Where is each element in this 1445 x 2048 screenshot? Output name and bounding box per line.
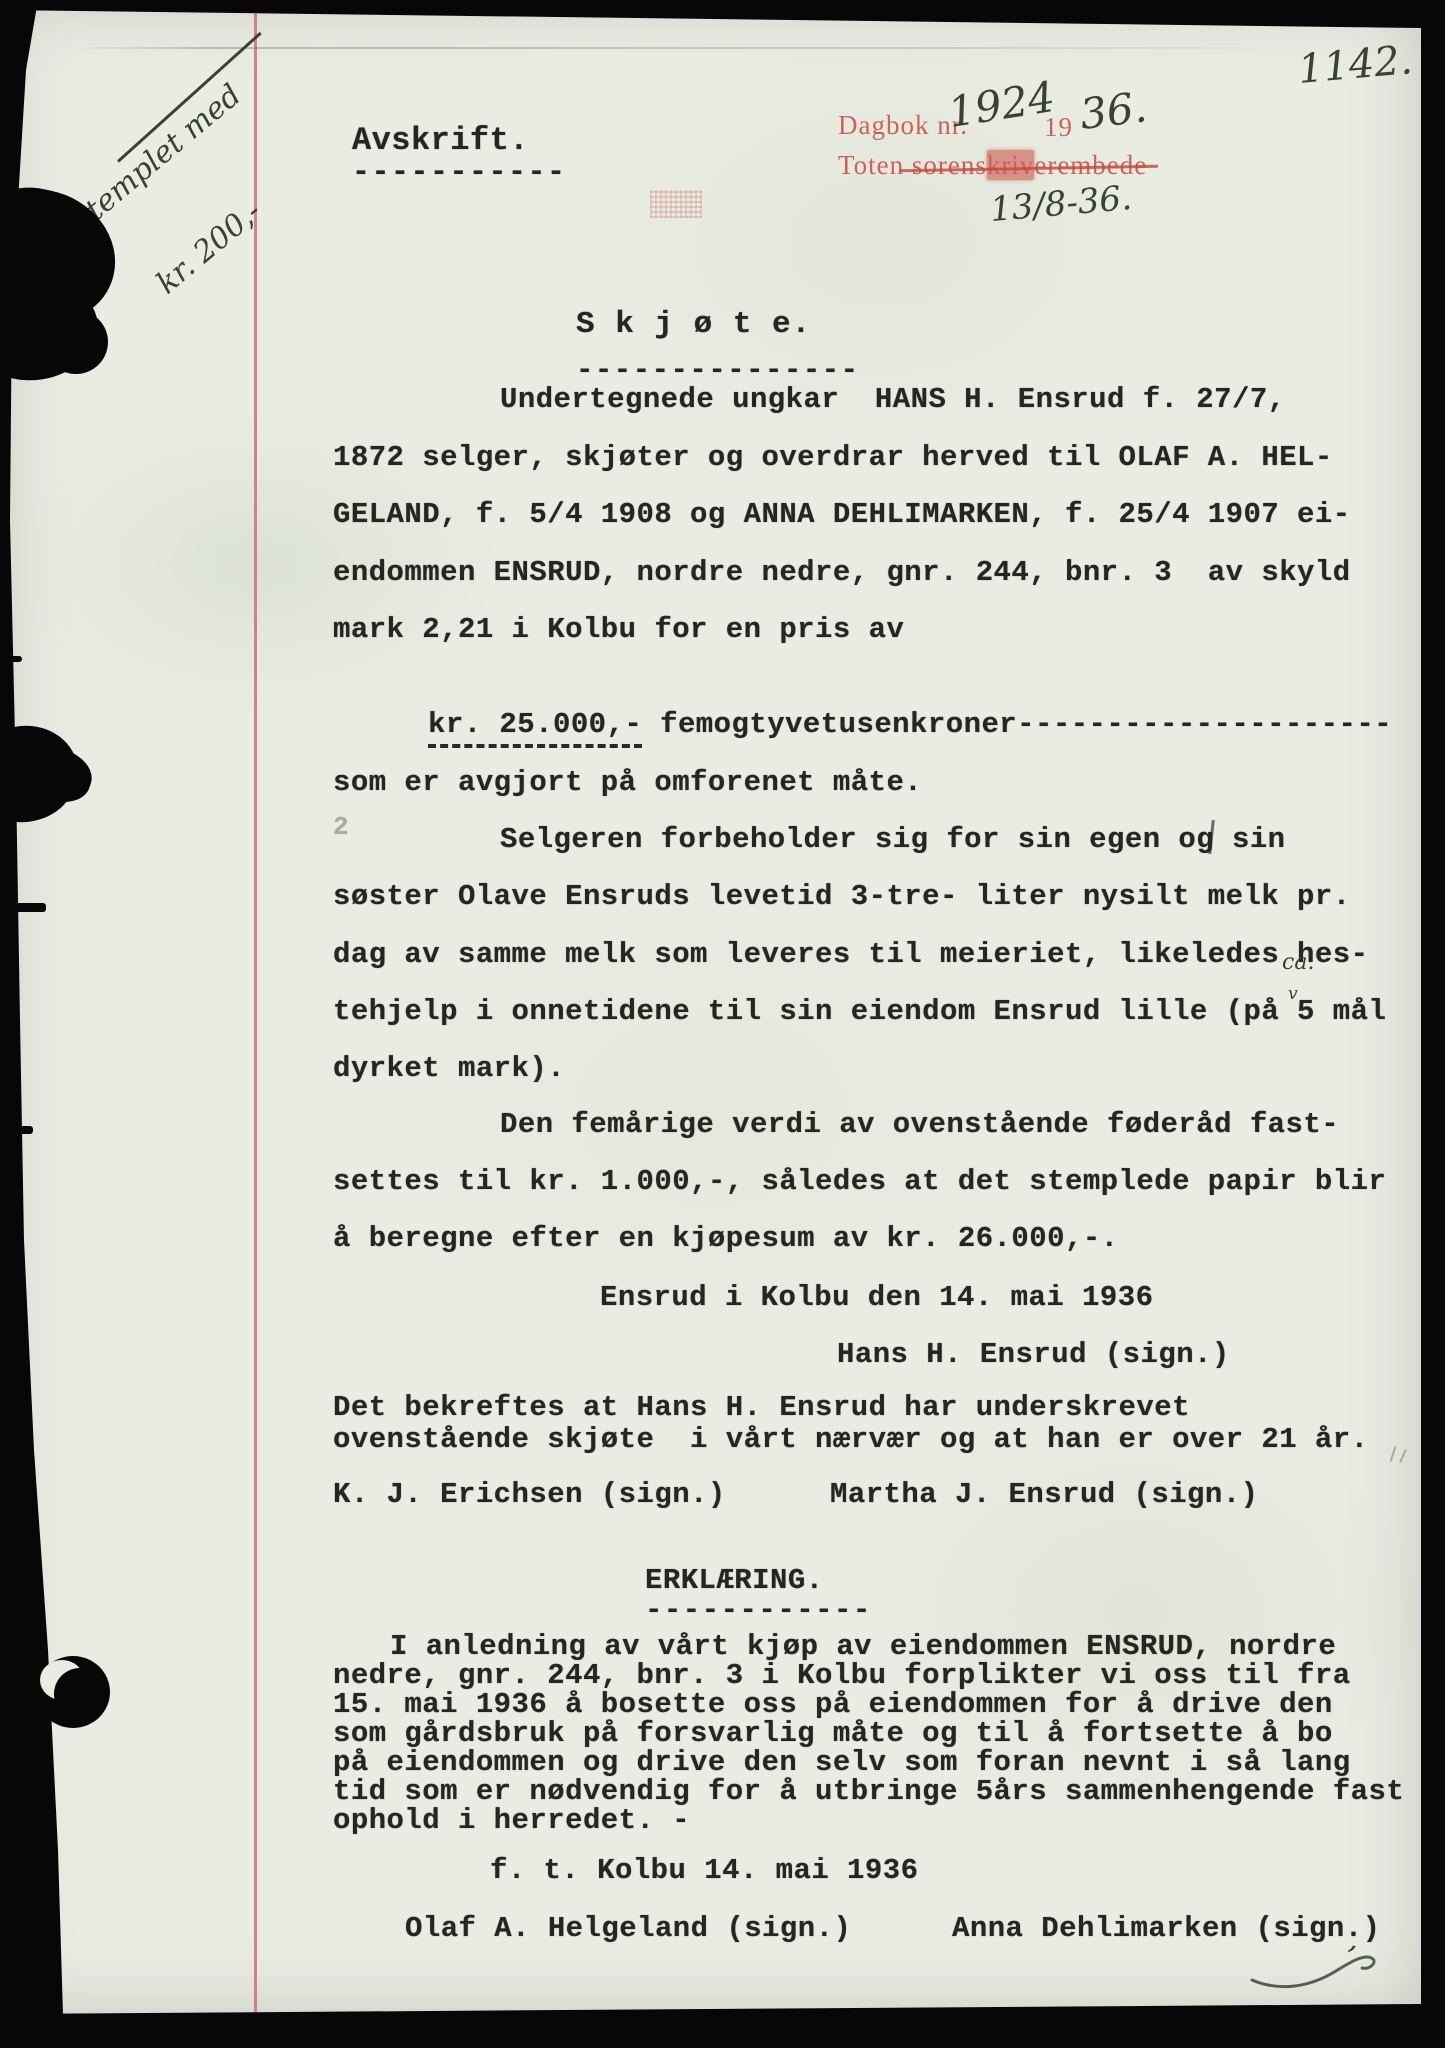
witness-signature-right: Martha J. Ensrud (sign.) <box>830 1480 1258 1510</box>
avskrift-underline-dashes: ----------- <box>352 158 567 188</box>
court-office-stamp-blotted: kriv <box>987 150 1035 180</box>
deed-line: Undertegnede ungkar HANS H. Ensrud f. 27… <box>500 385 1286 415</box>
declaration-title: ERKLÆRING. <box>645 1566 824 1596</box>
punch-hole-core <box>54 1668 106 1720</box>
deed-title-underline-dashes: --------------- <box>576 356 860 386</box>
insertion-caret: v <box>1288 984 1298 1004</box>
handwritten-squiggle <box>1248 1950 1380 1996</box>
edge-streak <box>0 1126 33 1134</box>
declaration-line: ophold i herredet. - <box>333 1806 690 1836</box>
deed-line: 1872 selger, skjøter og overdrar herved … <box>333 443 1333 473</box>
declaration-underline-dashes: ------------ <box>645 1596 872 1626</box>
diary-number-handwritten: 1924 <box>945 72 1058 137</box>
seller-signature: Hans H. Ensrud (sign.) <box>837 1340 1230 1370</box>
declaration-line: som gårdsbruk på forsvarlig måte og til … <box>333 1719 1333 1749</box>
buyer-signature-left: Olaf A. Helgeland (sign.) <box>405 1914 851 1944</box>
declaration-line: I anledning av vårt kjøp av eiendommen E… <box>390 1632 1336 1662</box>
binding-blob <box>44 310 108 374</box>
handwritten-ca-insertion: ca. <box>1282 950 1314 975</box>
diary-year-handwritten: 36. <box>1077 82 1149 139</box>
deed-line: GELAND, f. 5/4 1908 og ANNA DEHLIMARKEN,… <box>333 500 1351 530</box>
paper-crease <box>70 47 1310 49</box>
witness-statement-line1: Det bekreftes at Hans H. Ensrud har unde… <box>333 1393 1190 1423</box>
court-office-stamp-part1: Toten sorens <box>838 150 987 180</box>
deed-line: dag av samme melk som leveres til meieri… <box>333 940 1368 970</box>
deed-price-line: kr. 25.000,- femogtyvetusenkroner-------… <box>428 710 1392 740</box>
deed-line: Selgeren forbeholder sig for sin egen og… <box>500 825 1286 855</box>
price-amount-underlined: kr. 25.000,- <box>428 708 642 748</box>
edge-streak <box>0 656 22 662</box>
deed-line: endommen ENSRUD, nordre nedre, gnr. 244,… <box>333 558 1351 588</box>
deed-line: settes til kr. 1.000,-, således at det s… <box>333 1167 1386 1197</box>
deed-line: å beregne efter en kjøpesum av kr. 26.00… <box>333 1224 1119 1254</box>
edge-streak <box>0 903 46 912</box>
deed-line: tehjelp i onnetidene til sin eiendom Ens… <box>333 997 1386 1027</box>
pencil-marks <box>1399 1449 1407 1463</box>
witness-signature-left: K. J. Erichsen (sign.) <box>333 1480 726 1510</box>
deed-line: dyrket mark). <box>333 1054 565 1084</box>
deed-line: som er avgjort på omforenet måte. <box>333 768 922 798</box>
pencil-marks <box>1390 1446 1397 1462</box>
declaration-line: tid som er nødvendig for å utbringe 5års… <box>333 1777 1404 1807</box>
buyer-signature-right: Anna Dehlimarken (sign.) <box>952 1914 1380 1944</box>
deed-line: søster Olave Ensruds levetid 3-tre- lite… <box>333 882 1351 912</box>
red-ink-bleed-smudge <box>650 190 702 218</box>
margin-bleed-character: 2 <box>333 812 349 842</box>
deed-line: Den femårige verdi av ovenstående føderå… <box>500 1110 1339 1140</box>
declaration-line: på eiendommen og drive den selv som fora… <box>333 1748 1351 1778</box>
witness-statement-line2: ovenstående skjøte i vårt nærvær og at h… <box>333 1425 1368 1455</box>
stamp-date-handwritten: 13/8-36. <box>989 178 1134 230</box>
stamp-duty-note-line2: kr. 200,- <box>151 152 320 301</box>
declaration-line: 15. mai 1936 å bosette oss på eiendommen… <box>333 1690 1333 1720</box>
deed-dateline: Ensrud i Kolbu den 14. mai 1936 <box>600 1283 1153 1313</box>
price-amount-words: femogtyvetusenkroner--------------------… <box>642 708 1392 741</box>
paper-sheet: Stemplet med kr. 200,- Avskrift. -------… <box>0 0 1421 2014</box>
declaration-dateline: f. t. Kolbu 14. mai 1936 <box>490 1856 918 1886</box>
declaration-line: nedre, gnr. 244, bnr. 3 i Kolbu forplikt… <box>333 1661 1351 1691</box>
avskrift-heading: Avskrift. <box>352 126 529 156</box>
deed-title: S k j ø t e. <box>576 310 811 340</box>
deed-line: mark 2,21 i Kolbu for en pris av <box>333 615 904 645</box>
page-number: 1142. <box>1296 37 1414 93</box>
scanned-document-page: Stemplet med kr. 200,- Avskrift. -------… <box>0 0 1445 2048</box>
